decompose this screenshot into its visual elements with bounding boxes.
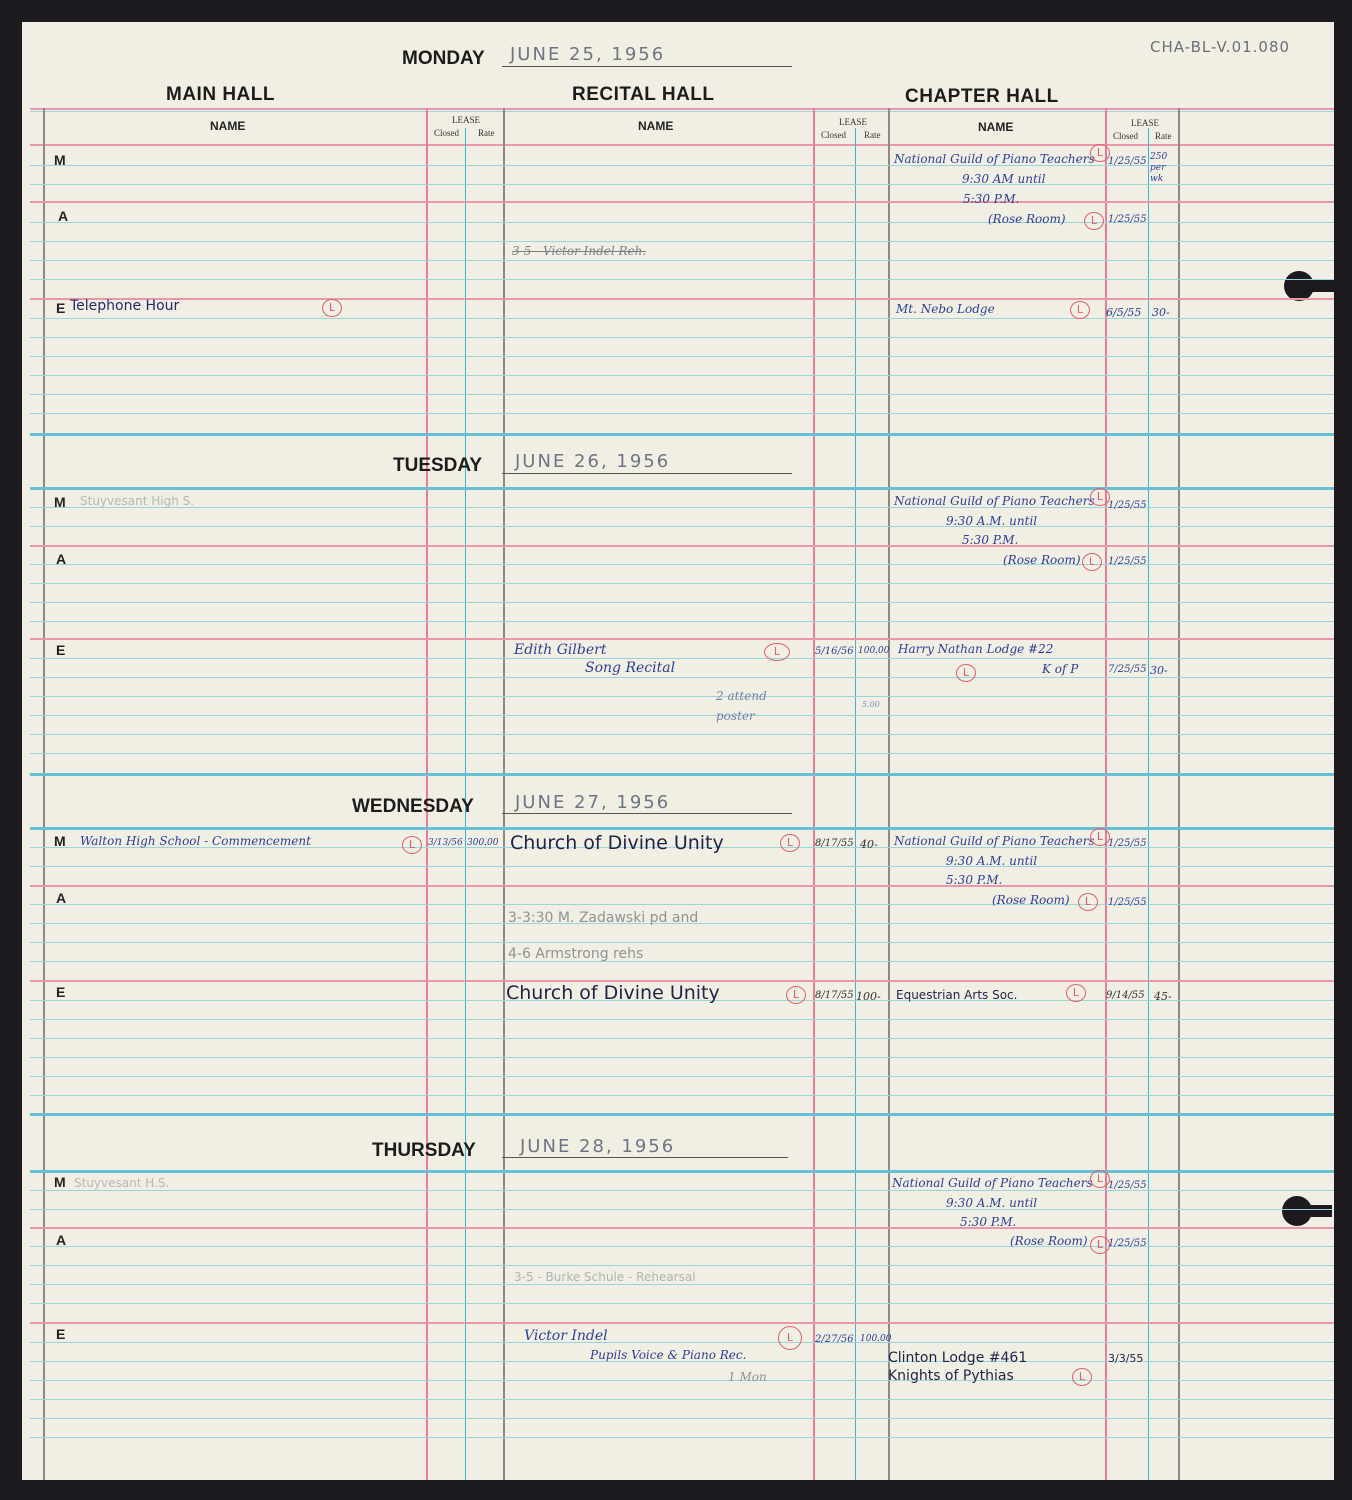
chapter-lease-header: LEASE bbox=[1131, 118, 1159, 128]
col-line-chapter-rate bbox=[1148, 128, 1149, 1480]
entry-detail: K of P bbox=[1042, 662, 1078, 676]
closed-date: 1/25/55 bbox=[1108, 156, 1147, 167]
row-a: A bbox=[56, 890, 66, 906]
main-lease-header: LEASE bbox=[452, 115, 480, 125]
recital-rate-header: Rate bbox=[864, 130, 881, 140]
rate-value: 100- bbox=[856, 990, 881, 1003]
closed-date: 1/25/55 bbox=[1108, 838, 1147, 849]
closed-date: 9/14/55 bbox=[1106, 990, 1145, 1001]
date-wednesday: JUNE 27, 1956 bbox=[515, 792, 670, 813]
row-e: E bbox=[56, 984, 65, 1000]
entry-detail: 9:30 AM until bbox=[962, 172, 1045, 186]
entry-wednesday-recital-a-pencil-1: 3-3:30 M. Zadawski pd and bbox=[508, 910, 698, 926]
closed-date: 5/16/56 bbox=[815, 646, 854, 657]
entry-detail: 9:30 A.M. until bbox=[946, 854, 1037, 868]
entry-thursday-recital-a-pencil: 3-5 - Burke Schule - Rehearsal bbox=[514, 1270, 696, 1284]
closed-date: 1/25/55 bbox=[1108, 556, 1147, 567]
chapter-name-header: NAME bbox=[978, 120, 1013, 134]
day-label-tuesday: TUESDAY bbox=[393, 455, 482, 477]
entry-thursday-recital-e: Victor Indel bbox=[524, 1328, 608, 1344]
rate-value: 300.00 bbox=[467, 838, 499, 848]
date-underline-monday bbox=[502, 66, 792, 67]
entry-detail: (Rose Room) bbox=[1010, 1234, 1088, 1248]
col-line-left bbox=[43, 108, 45, 1480]
chapter-rate-header: Rate bbox=[1155, 131, 1172, 141]
recital-lease-header: LEASE bbox=[839, 117, 867, 127]
date-tuesday: JUNE 26, 1956 bbox=[515, 451, 670, 472]
closed-date: 1/25/55 bbox=[1108, 1238, 1147, 1249]
reference-number: CHA-BL-V.01.080 bbox=[1150, 38, 1290, 56]
entry-detail: (Rose Room) bbox=[1003, 553, 1081, 567]
main-closed-header: Closed bbox=[434, 128, 459, 138]
rate-value: 30- bbox=[1152, 306, 1170, 319]
col-line-recital-lease bbox=[813, 108, 815, 1480]
day-divider-thursday-top bbox=[30, 1170, 1334, 1173]
header-rule-top-blue bbox=[30, 111, 1334, 112]
day-divider-monday bbox=[30, 433, 1334, 436]
entry-monday-chapter-m: National Guild of Piano Teachers bbox=[894, 152, 1095, 166]
closed-date: 7/25/55 bbox=[1108, 664, 1147, 675]
entry-detail: Knights of Pythias bbox=[888, 1368, 1014, 1384]
date-underline-wednesday bbox=[502, 813, 792, 814]
lease-mark-icon: L bbox=[786, 986, 806, 1004]
lease-mark-icon: L bbox=[1070, 301, 1090, 319]
date-underline-thursday bbox=[502, 1157, 788, 1158]
rate-value: 100.00 bbox=[858, 646, 890, 656]
day-divider-tuesday-top bbox=[30, 487, 1334, 490]
entry-thursday-chapter-m: National Guild of Piano Teachers bbox=[892, 1176, 1093, 1190]
closed-date: 3/13/56 bbox=[428, 838, 463, 848]
lease-mark-icon: L bbox=[1066, 984, 1086, 1002]
binder-hole-bottom-slot bbox=[1306, 1205, 1332, 1217]
rate-value: 5.00 bbox=[862, 700, 880, 709]
chapter-closed-header: Closed bbox=[1113, 131, 1138, 141]
closed-date: 8/17/55 bbox=[815, 838, 854, 849]
lease-mark-icon: L bbox=[1090, 1236, 1110, 1254]
closed-date: 1/25/55 bbox=[1108, 214, 1147, 225]
entry-detail: 9:30 A.M. until bbox=[946, 1196, 1037, 1210]
entry-tuesday-chapter-m: National Guild of Piano Teachers bbox=[894, 494, 1095, 508]
entry-detail: (Rose Room) bbox=[988, 212, 1066, 226]
entry-note: 2 attend poster bbox=[716, 686, 796, 726]
row-m: M bbox=[54, 494, 66, 510]
entry-tuesday-main-m-pencil: Stuyvesant High S. bbox=[80, 494, 194, 508]
entry-wednesday-recital-a-pencil-2: 4-6 Armstrong rehs bbox=[508, 946, 643, 962]
entry-monday-recital-a-struck: 3-5 - Victor Indel Reh. bbox=[512, 244, 646, 258]
col-line-main-lease bbox=[426, 108, 428, 1480]
lease-mark-icon: L bbox=[778, 1326, 802, 1350]
day-label-wednesday: WEDNESDAY bbox=[352, 796, 474, 818]
col-line-recital bbox=[503, 108, 505, 1480]
day-divider-tuesday bbox=[30, 773, 1334, 776]
main-hall-title: MAIN HALL bbox=[166, 84, 275, 106]
entry-detail: Song Recital bbox=[585, 660, 675, 676]
entry-wednesday-recital-e: Church of Divine Unity bbox=[506, 982, 720, 1004]
entry-thursday-chapter-e: Clinton Lodge #461 bbox=[888, 1350, 1027, 1366]
closed-date: 3/3/55 bbox=[1108, 1352, 1143, 1365]
rate-value: 250 per wk bbox=[1150, 152, 1178, 185]
row-a: A bbox=[58, 208, 68, 224]
rate-value: 100.00 bbox=[860, 1334, 892, 1344]
chapter-hall-title: CHAPTER HALL bbox=[905, 86, 1059, 108]
closed-date: 8/17/55 bbox=[815, 990, 854, 1001]
entry-tuesday-recital-e: Edith Gilbert bbox=[514, 642, 606, 658]
row-e: E bbox=[56, 642, 65, 658]
rate-value: 40- bbox=[860, 838, 878, 851]
date-underline-tuesday bbox=[502, 473, 792, 474]
lease-mark-icon: L bbox=[402, 836, 422, 854]
day-divider-wednesday bbox=[30, 1113, 1334, 1116]
closed-date: 1/25/55 bbox=[1108, 500, 1147, 511]
binder-hole-top-slot bbox=[1308, 280, 1334, 292]
lease-mark-icon: L bbox=[780, 834, 800, 852]
lease-mark-icon: L bbox=[1090, 144, 1110, 162]
day-label-thursday: THURSDAY bbox=[372, 1140, 476, 1162]
entry-detail: (Rose Room) bbox=[992, 893, 1070, 907]
lease-mark-icon: L bbox=[1082, 553, 1102, 571]
lease-mark-icon: L bbox=[764, 643, 790, 661]
lease-mark-icon: L bbox=[956, 664, 976, 682]
lease-mark-icon: L bbox=[1090, 488, 1110, 506]
closed-date: 1/25/55 bbox=[1108, 1180, 1147, 1191]
lease-mark-icon: L bbox=[1072, 1368, 1092, 1386]
entry-detail: Pupils Voice & Piano Rec. bbox=[590, 1348, 746, 1362]
entry-wednesday-chapter-e: Equestrian Arts Soc. bbox=[896, 988, 1017, 1002]
closed-date: 6/5/55 bbox=[1106, 306, 1141, 319]
rate-value: 45- bbox=[1154, 990, 1172, 1003]
recital-closed-header: Closed bbox=[821, 130, 846, 140]
lease-mark-icon: L bbox=[1084, 212, 1104, 230]
rate-value: 30- bbox=[1150, 664, 1168, 677]
row-m: M bbox=[54, 152, 66, 168]
main-name-header: NAME bbox=[210, 119, 245, 133]
entry-wednesday-chapter-m: National Guild of Piano Teachers bbox=[894, 834, 1095, 848]
entry-tuesday-chapter-e: Harry Nathan Lodge #22 bbox=[898, 642, 1053, 656]
recital-hall-title: RECITAL HALL bbox=[572, 84, 715, 106]
entry-detail: 5:30 P.M. bbox=[960, 1215, 1016, 1229]
entry-detail: 9:30 A.M. until bbox=[946, 514, 1037, 528]
entry-monday-chapter-e: Mt. Nebo Lodge bbox=[896, 302, 995, 316]
entry-monday-main-e: Telephone Hour bbox=[70, 298, 179, 314]
entry-wednesday-recital-m: Church of Divine Unity bbox=[510, 832, 724, 854]
row-a: A bbox=[56, 1232, 66, 1248]
col-line-chapter bbox=[888, 108, 890, 1480]
entry-detail: 5:30 P.M. bbox=[946, 873, 1002, 887]
lease-mark-icon: L bbox=[1078, 893, 1098, 911]
day-divider-wednesday-top bbox=[30, 827, 1334, 830]
entry-wednesday-main-m: Walton High School - Commencement bbox=[80, 834, 311, 848]
lease-mark-icon: L bbox=[1090, 1170, 1110, 1188]
main-rate-header: Rate bbox=[478, 128, 495, 138]
date-monday: JUNE 25, 1956 bbox=[510, 44, 665, 65]
row-m: M bbox=[54, 833, 66, 849]
entry-thursday-main-m-pencil: Stuyvesant H.S. bbox=[74, 1176, 169, 1190]
col-line-recital-rate bbox=[855, 128, 856, 1480]
row-e: E bbox=[56, 300, 65, 316]
entry-detail: 5:30 P.M. bbox=[963, 192, 1019, 206]
lease-mark-icon: L bbox=[1090, 828, 1110, 846]
row-m: M bbox=[54, 1174, 66, 1190]
lease-mark-icon: L bbox=[322, 299, 342, 317]
row-a: A bbox=[56, 551, 66, 567]
col-line-right bbox=[1178, 108, 1180, 1480]
closed-date: 1/25/55 bbox=[1108, 897, 1147, 908]
entry-detail: 5:30 P.M. bbox=[962, 533, 1018, 547]
closed-date: 2/27/56 bbox=[815, 1334, 854, 1345]
date-thursday: JUNE 28, 1956 bbox=[520, 1136, 675, 1157]
recital-name-header: NAME bbox=[638, 119, 673, 133]
header-rule-top bbox=[30, 108, 1334, 110]
row-e: E bbox=[56, 1326, 65, 1342]
day-label-monday: MONDAY bbox=[402, 48, 485, 70]
header-rule-bottom bbox=[30, 144, 1334, 146]
entry-note: 1 Mon bbox=[728, 1370, 767, 1384]
